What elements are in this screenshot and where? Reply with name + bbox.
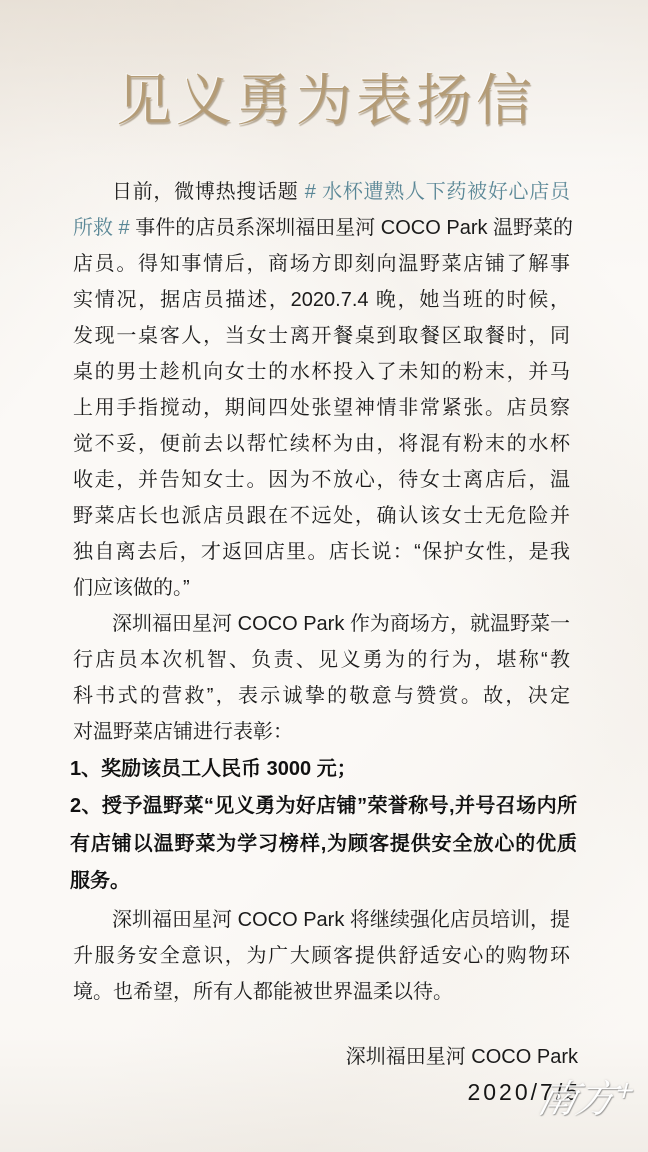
- letter-line: 行店员本次机智、负责、见义勇为的行为，堪称“教: [73, 642, 570, 678]
- letter-line: 收走，并告知女士。因为不放心，待女士离店后，温: [73, 462, 570, 498]
- letter-line: 觉不妥，便前去以帮忙续杯为由，将混有粉末的水杯: [73, 426, 570, 462]
- letter-line: 对温野菜店铺进行表彰：: [73, 714, 570, 750]
- commendation-item: 服务。: [70, 863, 577, 900]
- signature-organization: 深圳福田星河 COCO Park: [346, 1039, 578, 1075]
- weibo-hashtag: 所救 #: [73, 217, 130, 239]
- watermark-text: 南方: [534, 1077, 621, 1121]
- letter-line: 深圳福田星河 COCO Park 将继续强化店员培训，提: [73, 902, 570, 938]
- letter-line: 升服务安全意识，为广大顾客提供舒适安心的购物环: [73, 938, 570, 974]
- letter-title: 见义勇为表扬信: [0, 72, 648, 132]
- letter-line: 科书式的营救”，表示诚挚的敬意与赞赏。故，决定: [73, 678, 570, 714]
- commendation-list: 1、奖励该员工人民币 3000 元； 2、授予温野菜“见义勇为好店铺”荣誉称号,…: [70, 751, 577, 900]
- commendation-item: 有店铺以温野菜为学习榜样,为顾客提供安全放心的优质: [70, 826, 577, 863]
- letter-line: 日前，微博热搜话题 # 水杯遭熟人下药被好心店员: [73, 174, 570, 210]
- nanfang-plus-watermark: 南方+: [533, 1068, 641, 1123]
- paragraph-closing: 深圳福田星河 COCO Park 将继续强化店员培训，提 升服务安全意识，为广大…: [73, 902, 570, 1010]
- letter-line: 店员。得知事情后，商场方即刻向温野菜店铺了解事: [73, 246, 570, 282]
- letter-line: 们应该做的。”: [73, 570, 570, 606]
- letter-line: 上用手指搅动，期间四处张望神情非常紧张。店员察: [73, 390, 570, 426]
- letter-line: 实情况，据店员描述，2020.7.4 晚，她当班的时候，: [73, 282, 570, 318]
- letter-line: 桌的男士趁机向女士的水杯投入了未知的粉末，并马: [73, 354, 570, 390]
- letter-line: 野菜店长也派店员跟在不远处，确认该女士无危险并: [73, 498, 570, 534]
- commendation-item: 1、奖励该员工人民币 3000 元；: [70, 751, 577, 788]
- weibo-hashtag: # 水杯遭熟人下药被好心店员: [305, 181, 570, 203]
- paragraph-commendation-intro: 深圳福田星河 COCO Park 作为商场方，就温野菜一 行店员本次机智、负责、…: [73, 606, 570, 750]
- letter-line: 独自离去后，才返回店里。店长说：“保护女性，是我: [73, 534, 570, 570]
- line-text: 日前，微博热搜话题: [112, 181, 305, 203]
- letter-line: 境。也希望，所有人都能被世界温柔以待。: [73, 974, 570, 1010]
- letter-line: 发现一桌客人，当女士离开餐桌到取餐区取餐时，同: [73, 318, 570, 354]
- letter-line: 深圳福田星河 COCO Park 作为商场方，就温野菜一: [73, 606, 570, 642]
- letter-line: 所救 # 事件的店员系深圳福田星河 COCO Park 温野菜的: [73, 210, 570, 246]
- line-text: 事件的店员系深圳福田星河 COCO Park 温野菜的: [130, 217, 573, 239]
- paragraph-incident: 日前，微博热搜话题 # 水杯遭熟人下药被好心店员 所救 # 事件的店员系深圳福田…: [73, 174, 570, 606]
- commendation-item: 2、授予温野菜“见义勇为好店铺”荣誉称号,并号召场内所: [70, 788, 577, 825]
